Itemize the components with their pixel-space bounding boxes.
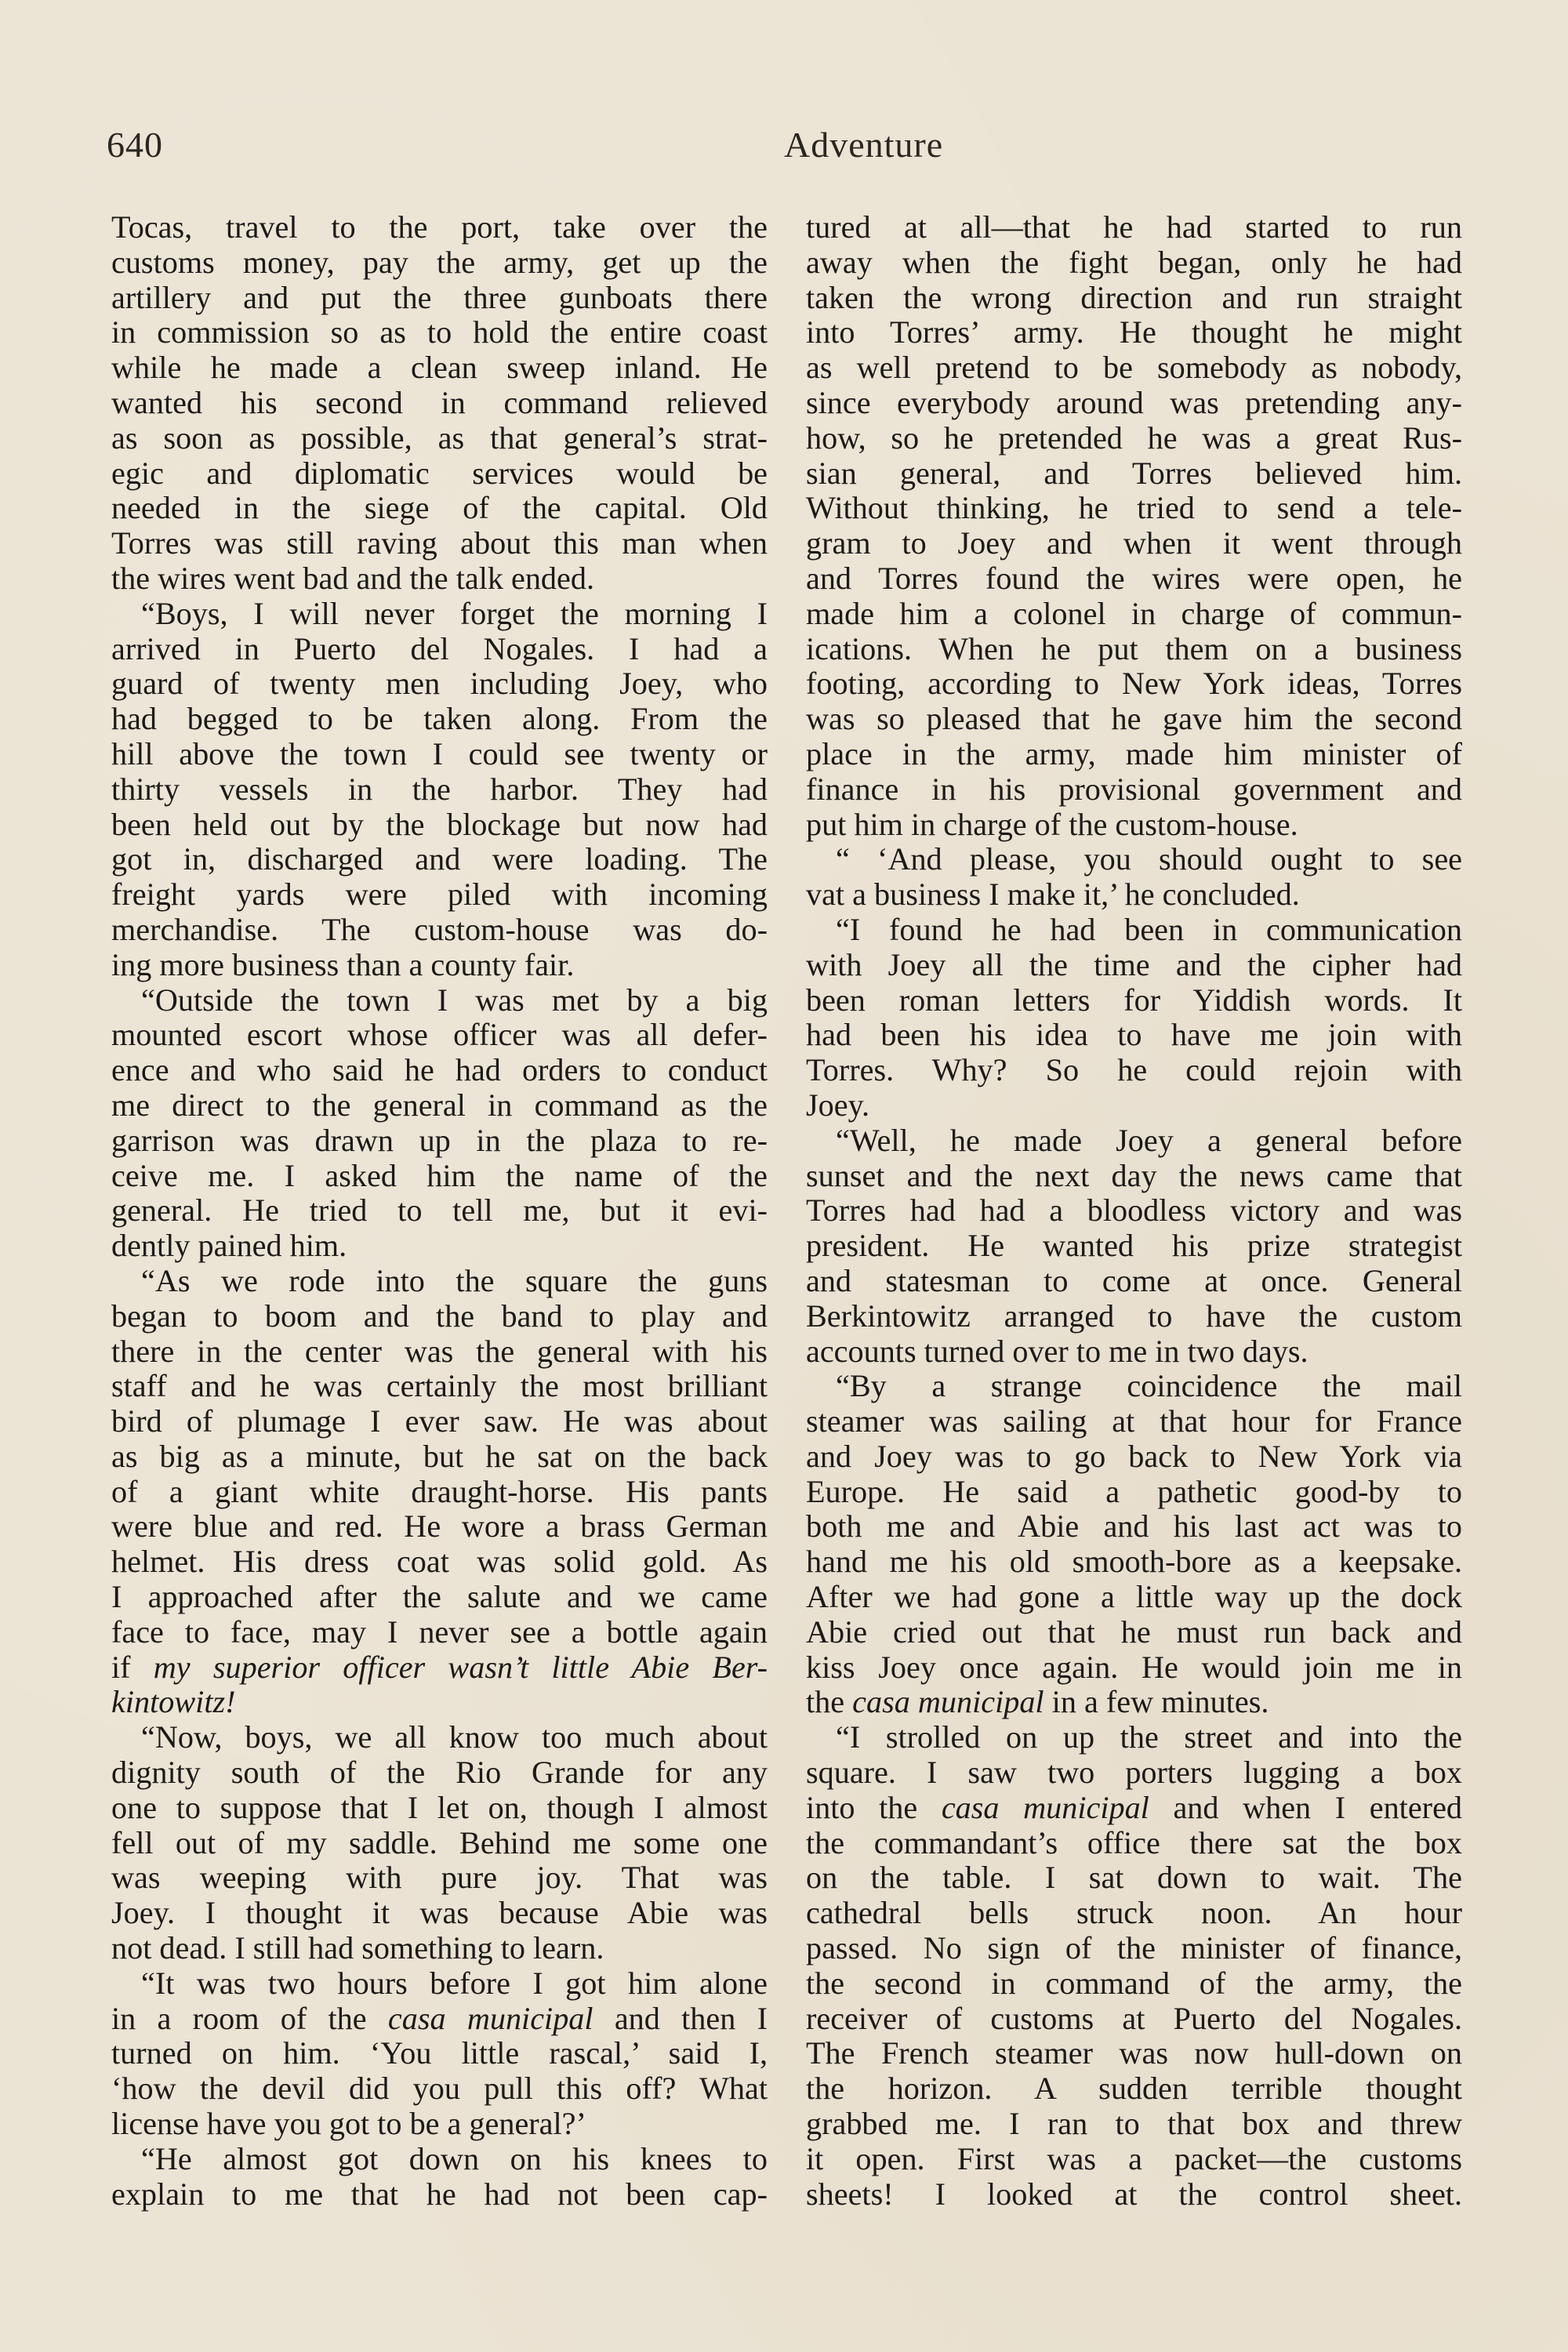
text-line: into Torres’ army. He thought he might [806, 315, 1462, 350]
text-line: the casa municipal in a few minutes. [806, 1685, 1462, 1720]
italic-text-run: casa municipal [852, 1684, 1044, 1719]
text-line: Without thinking, he tried to send a tel… [806, 491, 1462, 526]
text-line: in a room of the casa municipal and then… [111, 2002, 768, 2037]
text-run: been held out by the blockage but now ha… [111, 807, 768, 842]
text-run: into Torres’ army. He thought he might [806, 314, 1462, 350]
text-line: “Now, boys, we all know too much about [111, 1720, 768, 1755]
text-run: president. He wanted his prize strategis… [806, 1228, 1462, 1263]
text-run: vat a business I make it,’ he concluded. [806, 877, 1300, 912]
text-line: began to boom and the band to play and [111, 1299, 768, 1334]
text-run: made him a colonel in charge of commun- [806, 596, 1462, 631]
text-run: “Boys, I will never forget the morning I [141, 596, 768, 631]
text-line: explain to me that he had not been cap- [111, 2177, 768, 2212]
text-run: ence and who said he had orders to condu… [111, 1052, 768, 1087]
text-run: “Now, boys, we all know too much about [141, 1719, 768, 1755]
text-line: ing more business than a county fair. [111, 948, 768, 983]
text-line: Joey. [806, 1088, 1462, 1123]
text-run: ications. When he put them on a business [806, 631, 1462, 666]
text-run: dently pained him. [111, 1228, 347, 1263]
text-line: put him in charge of the custom-house. [806, 808, 1462, 843]
text-line: turned on him. ‘You little rascal,’ said… [111, 2036, 768, 2071]
text-run: tured at all—that he had started to run [806, 209, 1462, 245]
text-line: me direct to the general in command as t… [111, 1088, 768, 1123]
text-line: artillery and put the three gunboats the… [111, 281, 768, 316]
text-line: the commandant’s office there sat the bo… [806, 1826, 1462, 1861]
text-line: thirty vessels in the harbor. They had [111, 772, 768, 808]
text-run: explain to me that he had not been cap- [111, 2176, 768, 2212]
text-run: away when the fight began, only he had [806, 245, 1462, 280]
text-run: as soon as possible, as that general’s s… [111, 420, 768, 456]
text-run: in a room of the [111, 2001, 388, 2036]
text-line: as big as a minute, but he sat on the ba… [111, 1439, 768, 1475]
text-line: ceive me. I asked him the name of the [111, 1159, 768, 1194]
text-line: passed. No sign of the minister of finan… [806, 1931, 1462, 1966]
text-run: passed. No sign of the minister of finan… [806, 1930, 1462, 1965]
italic-text-run: kintowitz! [111, 1684, 236, 1719]
text-line: on the table. I sat down to wait. The [806, 1860, 1462, 1896]
text-run: “ ‘And please, you should ought to see [836, 841, 1462, 877]
text-line: Berkintowitz arranged to have the custom [806, 1299, 1462, 1334]
text-line: After we had gone a little way up the do… [806, 1580, 1462, 1615]
text-line: had been his idea to have me join with [806, 1018, 1462, 1053]
text-run: Joey. [806, 1087, 869, 1123]
text-run: Torres. Why? So he could rejoin with [806, 1052, 1462, 1087]
text-run: Tocas, travel to the port, take over the [111, 209, 768, 245]
text-run: and Torres found the wires were open, he [806, 561, 1462, 596]
text-line: “I strolled on up the street and into th… [806, 1720, 1462, 1755]
text-line: was so pleased that he gave him the seco… [806, 702, 1462, 737]
text-run: in a few minutes. [1044, 1684, 1269, 1719]
text-run: “I strolled on up the street and into th… [836, 1719, 1462, 1755]
text-line: sunset and the next day the news came th… [806, 1159, 1462, 1194]
text-line: dignity south of the Rio Grande for any [111, 1755, 768, 1791]
text-run: while he made a clean sweep inland. He [111, 350, 768, 385]
text-line: of a giant white draught-horse. His pant… [111, 1475, 768, 1510]
text-line: hill above the town I could see twenty o… [111, 737, 768, 772]
text-run: I approached after the salute and we cam… [111, 1579, 768, 1614]
magazine-title: Adventure [784, 124, 943, 165]
text-run: the commandant’s office there sat the bo… [806, 1825, 1462, 1860]
text-line: were blue and red. He wore a brass Germa… [111, 1509, 768, 1544]
text-run: sheets! I looked at the control sheet. [806, 2176, 1462, 2212]
text-line: if my superior officer wasn’t little Abi… [111, 1650, 768, 1686]
text-run: it open. First was a packet—the customs [806, 2141, 1462, 2176]
text-run: Torres was still raving about this man w… [111, 525, 768, 561]
text-run: with Joey all the time and the cipher ha… [806, 947, 1462, 982]
text-run: if [111, 1650, 154, 1685]
page-number: 640 [107, 124, 163, 165]
text-run: footing, according to New York ideas, To… [806, 666, 1462, 701]
text-line: ence and who said he had orders to condu… [111, 1053, 768, 1088]
text-run: into the [806, 1790, 942, 1825]
text-line: Joey. I thought it was because Abie was [111, 1896, 768, 1931]
text-line: not dead. I still had something to learn… [111, 1931, 768, 1966]
text-run: “I found he had been in communication [836, 912, 1462, 947]
text-line: and statesman to come at once. General [806, 1264, 1462, 1299]
text-line: wanted his second in command relieved [111, 386, 768, 421]
text-run: Abie cried out that he must run back and [806, 1614, 1462, 1650]
text-line: sian general, and Torres believed him. [806, 456, 1462, 492]
text-line: bird of plumage I ever saw. He was about [111, 1404, 768, 1439]
text-line: as well pretend to be somebody as nobody… [806, 350, 1462, 386]
text-line: sheets! I looked at the control sheet. [806, 2177, 1462, 2212]
text-line: ications. When he put them on a business [806, 632, 1462, 667]
text-run: arrived in Puerto del Nogales. I had a [111, 631, 768, 666]
text-run: helmet. His dress coat was solid gold. A… [111, 1544, 768, 1579]
text-line: face to face, may I never see a bottle a… [111, 1615, 768, 1650]
text-line: and Joey was to go back to New York via [806, 1439, 1462, 1475]
text-run: ‘how the devil did you pull this off? Wh… [111, 2071, 768, 2106]
text-run: ceive me. I asked him the name of the [111, 1158, 768, 1193]
italic-text-run: casa municipal [942, 1790, 1149, 1825]
text-line: fell out of my saddle. Behind me some on… [111, 1826, 768, 1861]
text-line: gram to Joey and when it went through [806, 526, 1462, 561]
text-line: as soon as possible, as that general’s s… [111, 421, 768, 456]
text-line: needed in the siege of the capital. Old [111, 491, 768, 526]
text-run: and statesman to come at once. General [806, 1263, 1462, 1298]
text-run: how, so he pretended he was a great Rus- [806, 420, 1462, 456]
text-run: the horizon. A sudden terrible thought [806, 2071, 1462, 2106]
text-run: the [806, 1684, 852, 1719]
text-run: as big as a minute, but he sat on the ba… [111, 1439, 768, 1474]
text-line: place in the army, made him minister of [806, 737, 1462, 772]
text-run: had begged to be taken along. From the [111, 701, 768, 736]
text-line: staff and he was certainly the most bril… [111, 1369, 768, 1404]
text-line: been held out by the blockage but now ha… [111, 808, 768, 843]
text-line: tured at all—that he had started to run [806, 210, 1462, 245]
text-run: “Well, he made Joey a general before [836, 1123, 1462, 1158]
text-run: license have you got to be a general?’ [111, 2106, 586, 2141]
text-run: me direct to the general in command as t… [111, 1087, 768, 1123]
text-run: “He almost got down on his knees to [141, 2141, 768, 2176]
text-line: “Well, he made Joey a general before [806, 1123, 1462, 1159]
running-head: 640 Adventure [107, 124, 1471, 171]
text-run: face to face, may I never see a bottle a… [111, 1614, 768, 1650]
text-run: needed in the siege of the capital. Old [111, 490, 768, 525]
text-line: Abie cried out that he must run back and [806, 1615, 1462, 1650]
text-run: After we had gone a little way up the do… [806, 1579, 1462, 1614]
text-line: guard of twenty men including Joey, who [111, 666, 768, 702]
text-run: wanted his second in command relieved [111, 385, 768, 420]
text-run: kiss Joey once again. He would join me i… [806, 1650, 1462, 1685]
text-run: thirty vessels in the harbor. They had [111, 771, 768, 807]
text-line: “Boys, I will never forget the morning I [111, 597, 768, 632]
text-line: Europe. He said a pathetic good-by to [806, 1475, 1462, 1510]
text-run: the second in command of the army, the [806, 1965, 1462, 2001]
italic-text-run: my superior officer wasn’t little Abie B… [154, 1650, 768, 1685]
text-line: kiss Joey once again. He would join me i… [806, 1650, 1462, 1686]
text-run: general. He tried to tell me, but it evi… [111, 1192, 768, 1228]
text-run: egic and diplomatic services would be [111, 456, 768, 491]
text-run: finance in his provisional government an… [806, 771, 1462, 807]
text-run: sian general, and Torres believed him. [806, 456, 1462, 491]
text-line: helmet. His dress coat was solid gold. A… [111, 1544, 768, 1580]
text-line: in commission so as to hold the entire c… [111, 315, 768, 350]
text-run: freight yards were piled with incoming [111, 877, 768, 912]
text-run: place in the army, made him minister of [806, 736, 1462, 771]
magazine-page: 640 Adventure Tocas, travel to the port,… [0, 0, 1568, 2352]
text-run: Joey. I thought it was because Abie was [111, 1895, 768, 1930]
text-line: cathedral bells struck noon. An hour [806, 1896, 1462, 1931]
text-run: gram to Joey and when it went through [806, 525, 1462, 561]
text-run: was so pleased that he gave him the seco… [806, 701, 1462, 736]
text-line: square. I saw two porters lugging a box [806, 1755, 1462, 1791]
text-line: finance in his provisional government an… [806, 772, 1462, 808]
text-run: in commission so as to hold the entire c… [111, 314, 768, 350]
text-line: the horizon. A sudden terrible thought [806, 2071, 1462, 2107]
text-run: dignity south of the Rio Grande for any [111, 1755, 768, 1790]
text-line: “By a strange coincidence the mail [806, 1369, 1462, 1404]
text-line: accounts turned over to me in two days. [806, 1334, 1462, 1370]
text-line: into the casa municipal and when I enter… [806, 1791, 1462, 1826]
text-line: the wires went bad and the talk ended. [111, 561, 768, 597]
text-run: the wires went bad and the talk ended. [111, 561, 594, 596]
text-line: both me and Abie and his last act was to [806, 1509, 1462, 1544]
text-line: general. He tried to tell me, but it evi… [111, 1193, 768, 1229]
text-run: hand me his old smooth-bore as a keepsak… [806, 1544, 1462, 1579]
right-text-column: tured at all—that he had started to runa… [806, 210, 1462, 2212]
text-line: there in the center was the general with… [111, 1334, 768, 1370]
text-run: square. I saw two porters lugging a box [806, 1755, 1462, 1790]
text-run: bird of plumage I ever saw. He was about [111, 1403, 768, 1439]
text-line: while he made a clean sweep inland. He [111, 350, 768, 386]
text-line: Torres. Why? So he could rejoin with [806, 1053, 1462, 1088]
text-run: cathedral bells struck noon. An hour [806, 1895, 1462, 1930]
text-line: Torres was still raving about this man w… [111, 526, 768, 561]
text-line: footing, according to New York ideas, To… [806, 666, 1462, 702]
text-run: and Joey was to go back to New York via [806, 1439, 1462, 1474]
text-run: staff and he was certainly the most bril… [111, 1368, 768, 1403]
text-run: “By a strange coincidence the mail [836, 1368, 1462, 1403]
text-line: steamer was sailing at that hour for Fra… [806, 1404, 1462, 1439]
text-run: ing more business than a county fair. [111, 947, 574, 982]
text-run: as well pretend to be somebody as nobody… [806, 350, 1462, 385]
text-line: arrived in Puerto del Nogales. I had a [111, 632, 768, 667]
text-run: fell out of my saddle. Behind me some on… [111, 1825, 768, 1860]
text-run: on the table. I sat down to wait. The [806, 1860, 1462, 1895]
text-line: one to suppose that I let on, though I a… [111, 1791, 768, 1826]
text-run: one to suppose that I let on, though I a… [111, 1790, 768, 1825]
text-run: of a giant white draught-horse. His pant… [111, 1474, 768, 1509]
text-run: customs money, pay the army, get up the [111, 245, 768, 280]
text-line: grabbed me. I ran to that box and threw [806, 2107, 1462, 2142]
text-line: The French steamer was now hull-down on [806, 2036, 1462, 2071]
text-run: both me and Abie and his last act was to [806, 1508, 1462, 1544]
italic-text-run: casa municipal [388, 2001, 593, 2036]
text-line: “It was two hours before I got him alone [111, 1966, 768, 2002]
text-line: how, so he pretended he was a great Rus- [806, 421, 1462, 456]
text-run: there in the center was the general with… [111, 1334, 768, 1369]
text-run: accounts turned over to me in two days. [806, 1334, 1308, 1369]
text-line: the second in command of the army, the [806, 1966, 1462, 2002]
left-text-column: Tocas, travel to the port, take over the… [111, 210, 768, 2212]
text-line: garrison was drawn up in the plaza to re… [111, 1123, 768, 1159]
text-line: mounted escort whose officer was all def… [111, 1018, 768, 1053]
text-run: not dead. I still had something to learn… [111, 1930, 604, 1965]
text-run: Without thinking, he tried to send a tel… [806, 490, 1462, 525]
text-line: customs money, pay the army, get up the [111, 245, 768, 281]
text-run: “As we rode into the square the guns [141, 1263, 768, 1298]
text-run: and then I [593, 2001, 768, 2036]
text-line: ‘how the devil did you pull this off? Wh… [111, 2071, 768, 2107]
text-run: taken the wrong direction and run straig… [806, 280, 1462, 315]
text-run: “Outside the town I was met by a big [141, 982, 768, 1018]
text-line: dently pained him. [111, 1229, 768, 1264]
text-run: began to boom and the band to play and [111, 1298, 768, 1334]
text-line: egic and diplomatic services would be [111, 456, 768, 492]
text-line: “As we rode into the square the guns [111, 1264, 768, 1299]
text-line: had begged to be taken along. From the [111, 702, 768, 737]
text-line: since everybody around was pretending an… [806, 386, 1462, 421]
text-run: put him in charge of the custom-house. [806, 807, 1298, 842]
text-run: since everybody around was pretending an… [806, 385, 1462, 420]
text-run: artillery and put the three gunboats the… [111, 280, 768, 315]
text-line: Tocas, travel to the port, take over the [111, 210, 768, 245]
text-line: been roman letters for Yiddish words. It [806, 983, 1462, 1018]
text-run: Berkintowitz arranged to have the custom [806, 1298, 1462, 1334]
text-run: and when I entered [1149, 1790, 1462, 1825]
text-line: president. He wanted his prize strategis… [806, 1229, 1462, 1264]
text-run: Torres had had a bloodless victory and w… [806, 1192, 1462, 1228]
text-line: merchandise. The custom-house was do- [111, 913, 768, 948]
text-line: and Torres found the wires were open, he [806, 561, 1462, 597]
text-line: “Outside the town I was met by a big [111, 983, 768, 1018]
text-line: taken the wrong direction and run straig… [806, 281, 1462, 316]
text-run: grabbed me. I ran to that box and threw [806, 2106, 1462, 2141]
text-run: The French steamer was now hull-down on [806, 2035, 1462, 2071]
text-line: receiver of customs at Puerto del Nogale… [806, 2002, 1462, 2037]
text-line: freight yards were piled with incoming [111, 877, 768, 913]
text-line: license have you got to be a general?’ [111, 2107, 768, 2142]
text-run: mounted escort whose officer was all def… [111, 1017, 768, 1052]
text-line: with Joey all the time and the cipher ha… [806, 948, 1462, 983]
text-run: was weeping with pure joy. That was [111, 1860, 768, 1895]
text-run: steamer was sailing at that hour for Fra… [806, 1403, 1462, 1439]
text-run: guard of twenty men including Joey, who [111, 666, 768, 701]
text-line: “I found he had been in communication [806, 913, 1462, 948]
text-line: hand me his old smooth-bore as a keepsak… [806, 1544, 1462, 1580]
text-run: got in, discharged and were loading. The [111, 841, 768, 877]
text-line: “ ‘And please, you should ought to see [806, 842, 1462, 877]
text-run: hill above the town I could see twenty o… [111, 736, 768, 771]
text-line: made him a colonel in charge of commun- [806, 597, 1462, 632]
text-line: away when the fight began, only he had [806, 245, 1462, 281]
text-run: “It was two hours before I got him alone [141, 1965, 768, 2001]
text-run: turned on him. ‘You little rascal,’ said… [111, 2035, 768, 2071]
text-line: Torres had had a bloodless victory and w… [806, 1193, 1462, 1229]
text-line: was weeping with pure joy. That was [111, 1860, 768, 1896]
text-line: “He almost got down on his knees to [111, 2142, 768, 2177]
text-run: merchandise. The custom-house was do- [111, 912, 768, 947]
text-run: sunset and the next day the news came th… [806, 1158, 1462, 1193]
text-run: garrison was drawn up in the plaza to re… [111, 1123, 768, 1158]
text-run: receiver of customs at Puerto del Nogale… [806, 2001, 1462, 2036]
text-run: Europe. He said a pathetic good-by to [806, 1474, 1462, 1509]
text-run: had been his idea to have me join with [806, 1017, 1462, 1052]
text-line: I approached after the salute and we cam… [111, 1580, 768, 1615]
text-run: been roman letters for Yiddish words. It [806, 982, 1462, 1018]
text-line: kintowitz! [111, 1685, 768, 1720]
text-line: got in, discharged and were loading. The [111, 842, 768, 877]
text-line: it open. First was a packet—the customs [806, 2142, 1462, 2177]
text-run: were blue and red. He wore a brass Germa… [111, 1508, 768, 1544]
text-line: vat a business I make it,’ he concluded. [806, 877, 1462, 913]
